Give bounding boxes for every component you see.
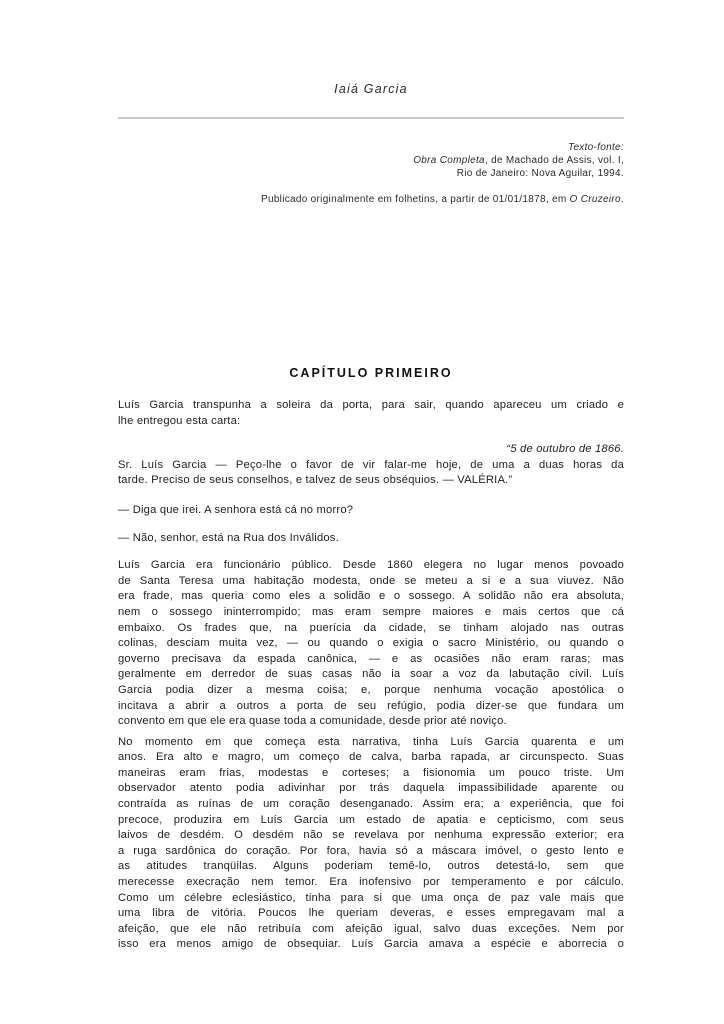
publication-note-text: Publicado originalmente em folhetins, a …: [261, 194, 570, 205]
source-reference-block: Texto-fonte: Obra Completa, de Machado d…: [118, 141, 624, 180]
text-line: Sr. Luís Garcia — Peço-lhe o favor de vi…: [118, 458, 624, 474]
text-line: maneiras eram frias, modestas e corteses…: [118, 766, 624, 782]
text-line: geralmente em derredor de suas casas não…: [118, 667, 624, 683]
text-line: Luís Garcia transpunha a soleira da port…: [118, 398, 624, 414]
text-line: a ruga sardônica do coração. Por fora, h…: [118, 844, 624, 860]
text-line: embaixo. Os frades que, na puerícia da c…: [118, 621, 624, 637]
source-publisher-line: Rio de Janeiro: Nova Aguilar, 1994.: [118, 167, 624, 180]
paragraph-luis-garcia-portrait: No momento em que começa esta narrativa,…: [118, 735, 624, 953]
source-work-details: , de Machado de Assis, vol. I,: [485, 155, 624, 166]
text-line: incitava a abrir a outros a porta de seu…: [118, 699, 624, 715]
paragraph-opening: Luís Garcia transpunha a soleira da port…: [118, 398, 624, 429]
text-line: Garcia podia dizer a mesma coisa; e, por…: [118, 683, 624, 699]
publication-note: Publicado originalmente em folhetins, a …: [118, 193, 624, 206]
source-work-line: Obra Completa, de Machado de Assis, vol.…: [118, 154, 624, 167]
text-line: governo precisava da espada canônica, — …: [118, 652, 624, 668]
text-line: nem o sossego ininterrompido; mas eram s…: [118, 605, 624, 621]
text-line: Como um célebre eclesiástico, tinha para…: [118, 891, 624, 907]
text-line: isso era menos amigo de obsequiar. Luís …: [118, 937, 624, 953]
document-page: Iaiá Garcia Texto-fonte: Obra Completa, …: [0, 0, 724, 1024]
publication-note-period: .: [621, 194, 624, 205]
text-line: precoce, produzira em Luís Garcia um est…: [118, 813, 624, 829]
text-line: observador atento podia adivinhar por tr…: [118, 781, 624, 797]
text-line: as atitudes tranqüilas. Alguns poderiam …: [118, 859, 624, 875]
text-line: merecesse execração nem temor. Era inofe…: [118, 875, 624, 891]
text-line: colinas, desciam muita vez, — ou quando …: [118, 636, 624, 652]
document-content: Iaiá Garcia Texto-fonte: Obra Completa, …: [118, 0, 624, 953]
text-line: Luís Garcia era funcionário público. Des…: [118, 558, 624, 574]
letter-date-line: “5 de outubro de 1866.: [118, 442, 624, 458]
text-line: convento em que ele era quase toda a com…: [118, 714, 624, 730]
document-title: Iaiá Garcia: [118, 82, 624, 97]
paragraph-luis-garcia-background: Luís Garcia era funcionário público. Des…: [118, 558, 624, 730]
text-line: de Santa Teresa uma habitação modesta, o…: [118, 574, 624, 590]
text-line: No momento em que começa esta narrativa,…: [118, 735, 624, 751]
text-line: contraída as ruínas de um coração deseng…: [118, 797, 624, 813]
horizontal-rule: [118, 117, 624, 119]
text-line: era frade, mas queria como eles a solidã…: [118, 589, 624, 605]
text-line: uma libra de vitória. Poucos lhe queriam…: [118, 906, 624, 922]
publication-periodical: O Cruzeiro: [570, 194, 621, 205]
source-work-title: Obra Completa: [413, 155, 485, 166]
dialogue-line: — Não, senhor, está na Rua dos Inválidos…: [118, 531, 624, 547]
chapter-heading: CAPÍTULO PRIMEIRO: [118, 365, 624, 381]
dialogue-line: — Diga que irei. A senhora está cá no mo…: [118, 503, 624, 519]
text-line: laivos de desdém. O desdém não se revela…: [118, 828, 624, 844]
source-label: Texto-fonte:: [118, 141, 624, 154]
text-line: afeição, que ele não retribuía com afeiç…: [118, 922, 624, 938]
letter-block: “5 de outubro de 1866. Sr. Luís Garcia —…: [118, 442, 624, 489]
text-line: lhe entregou esta carta:: [118, 414, 624, 430]
text-line: tarde. Preciso de seus conselhos, e talv…: [118, 473, 624, 489]
letter-body: Sr. Luís Garcia — Peço-lhe o favor de vi…: [118, 458, 624, 489]
text-line: anos. Era alto e magro, um começo de cal…: [118, 750, 624, 766]
